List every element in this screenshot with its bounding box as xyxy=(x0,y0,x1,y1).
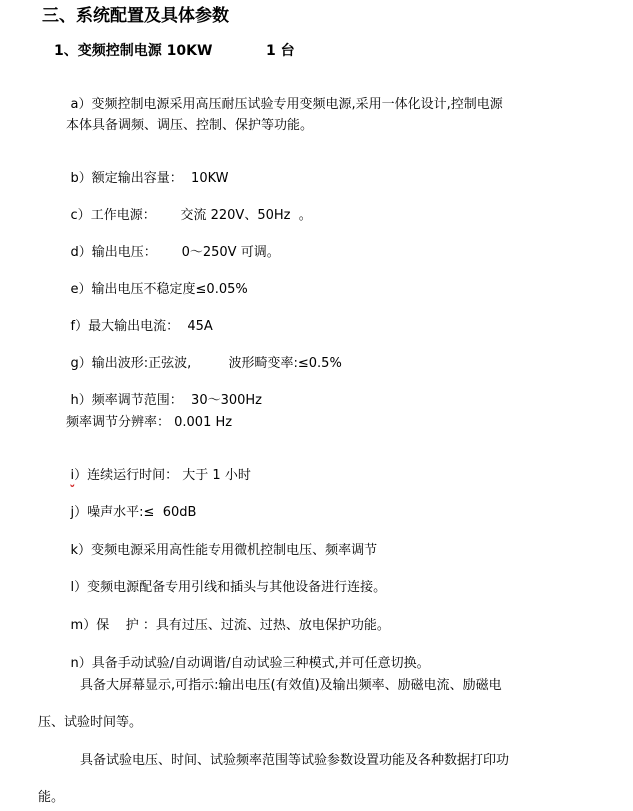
spec-text: 变频控制电源采用高压耐压试验专用变频电源,采用一体化设计,控制电源 xyxy=(92,97,503,112)
spec-text: 工作电源： 交流 220V、50Hz 。 xyxy=(91,208,312,223)
spec-marker: m） xyxy=(71,618,97,633)
spec-text: 具备手动试验/自动调谐/自动试验三种模式,并可任意切换。 xyxy=(92,656,430,671)
paragraph-display-line2: 压、试验时间等。 xyxy=(38,715,142,731)
paragraph-settings-line1: 具备试验电压、时间、试验频率范围等试验参数设置功能及各种数据打印功 xyxy=(80,753,509,769)
spec-marker: a） xyxy=(71,97,92,112)
spec-h-continued: 频率调节分辨率： 0.001 Hz xyxy=(66,415,232,431)
spec-marker: b） xyxy=(71,171,92,186)
spec-text: 额定输出容量： 10KW xyxy=(92,171,229,186)
spec-marker-paren: ） xyxy=(74,468,87,483)
spec-text: 连续运行时间： 大于 1 小时 xyxy=(87,468,251,483)
spec-text: 最大输出电流： 45A xyxy=(88,319,213,334)
spec-marker: c） xyxy=(71,208,91,223)
spec-text: 频率调节范围： 30～300Hz xyxy=(92,393,262,408)
spec-text: 输出电压： 0～250V 可调。 xyxy=(92,245,280,260)
spec-text: 保 护 ：具有过压、过流、过热、放电保护功能。 xyxy=(96,618,390,633)
spec-text: 变频电源配备专用引线和插头与其他设备进行连接。 xyxy=(87,580,386,595)
item-quantity: 1 台 xyxy=(266,43,295,59)
spec-marker: k） xyxy=(71,543,92,558)
spec-marker: h） xyxy=(71,393,92,408)
section-title: 三、系统配置及具体参数 xyxy=(42,6,229,26)
spec-marker: n） xyxy=(71,656,92,671)
spec-marker: f） xyxy=(71,319,89,334)
spec-marker: e） xyxy=(71,282,92,297)
spec-marker: g） xyxy=(71,356,92,371)
item-title: 1、变频控制电源 10KW xyxy=(54,43,212,59)
spec-a-continued: 本体具备调频、调压、控制、保护等功能。 xyxy=(66,118,313,134)
spec-marker: l） xyxy=(71,580,88,595)
spec-text: 输出电压不稳定度≤0.05% xyxy=(92,282,248,297)
spec-marker: d） xyxy=(71,245,92,260)
paragraph-display-line1: 具备大屏幕显示,可指示:输出电压(有效值)及输出频率、励磁电流、励磁电 xyxy=(80,678,502,694)
spec-text: 噪声水平:≤ 60dB xyxy=(87,505,196,520)
paragraph-settings-line2: 能。 xyxy=(38,790,64,806)
spec-text: 输出波形:正弦波, 波形畸变率:≤0.5% xyxy=(92,356,342,371)
spec-marker: j） xyxy=(71,505,88,520)
spec-text: 变频电源采用高性能专用微机控制电压、频率调节 xyxy=(91,543,377,558)
